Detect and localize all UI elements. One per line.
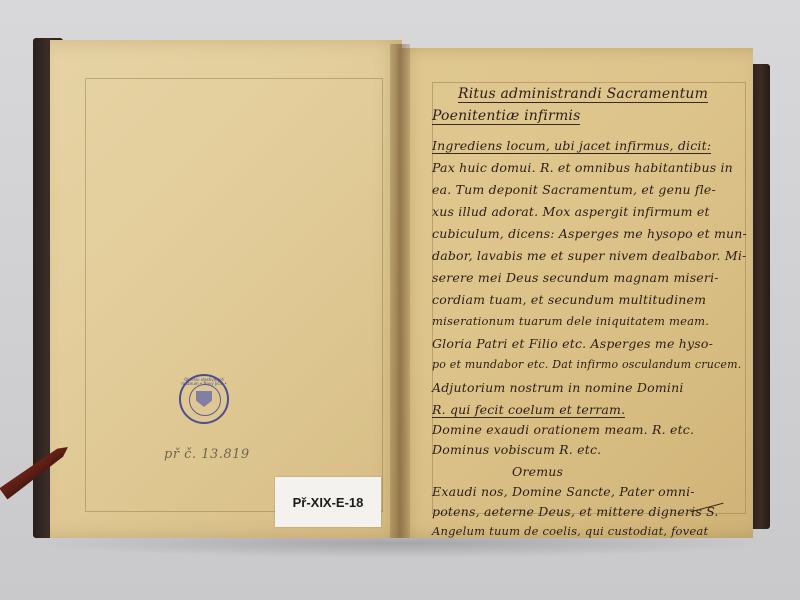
text-line: cubiculum, dicens: Asperges me hysopo et… [432, 226, 747, 241]
prayer-line: Exaudi nos, Domine Sancte, Pater omni- [432, 484, 695, 499]
text-line: ea. Tum deponit Sacramentum, et genu fle… [432, 182, 716, 197]
oremus-heading: Oremus [512, 464, 563, 479]
text-line: Dominus vobiscum R. etc. [432, 442, 601, 457]
text-line: Ingrediens locum, ubi jacet infirmus, di… [432, 138, 711, 154]
text-line: Pax huic domui. R. et omnibus habitantib… [432, 160, 733, 175]
text-line: miserationum tuarum dele iniquitatem mea… [432, 314, 709, 328]
text-line: Domine exaudi orationem meam. R. etc. [432, 422, 694, 437]
prayer-line: potens, aeterne Deus, et mittere digneri… [432, 504, 719, 519]
text-line: po et mundabor etc. Dat infirmo osculand… [432, 358, 741, 371]
pencil-inventory-number: př č. 13.819 [164, 447, 250, 462]
title-line-1: Ritus administrandi Sacramentum [458, 86, 708, 103]
text-line: cordiam tuam, et secundum multitudinem [432, 292, 706, 307]
text-line: serere mei Deus secundum magnam miseri- [432, 270, 719, 285]
text-line: R. qui fecit coelum et terram. [432, 402, 625, 418]
text-line: Gloria Patri et Filio etc. Asperges me h… [432, 336, 713, 351]
text-line: dabor, lavabis me et super nivem dealbab… [432, 248, 746, 263]
text-line: Adjutorium nostrum in nomine Domini [432, 380, 684, 395]
text-line: xus illud adorat. Mox aspergit infirmum … [432, 204, 710, 219]
shelfmark-label: Př-XIX-E-18 [275, 477, 381, 527]
prayer-line: Angelum tuum de coelis, qui custodiat, f… [432, 524, 708, 538]
title-line-2: Poenitentiæ infirmis [432, 108, 580, 125]
museum-stamp: Okresní vlastivědné muzeum • Nový Jičín … [179, 374, 229, 424]
book-gutter [390, 44, 410, 538]
stamp-text: Okresní vlastivědné muzeum • Nový Jičín … [181, 376, 227, 386]
